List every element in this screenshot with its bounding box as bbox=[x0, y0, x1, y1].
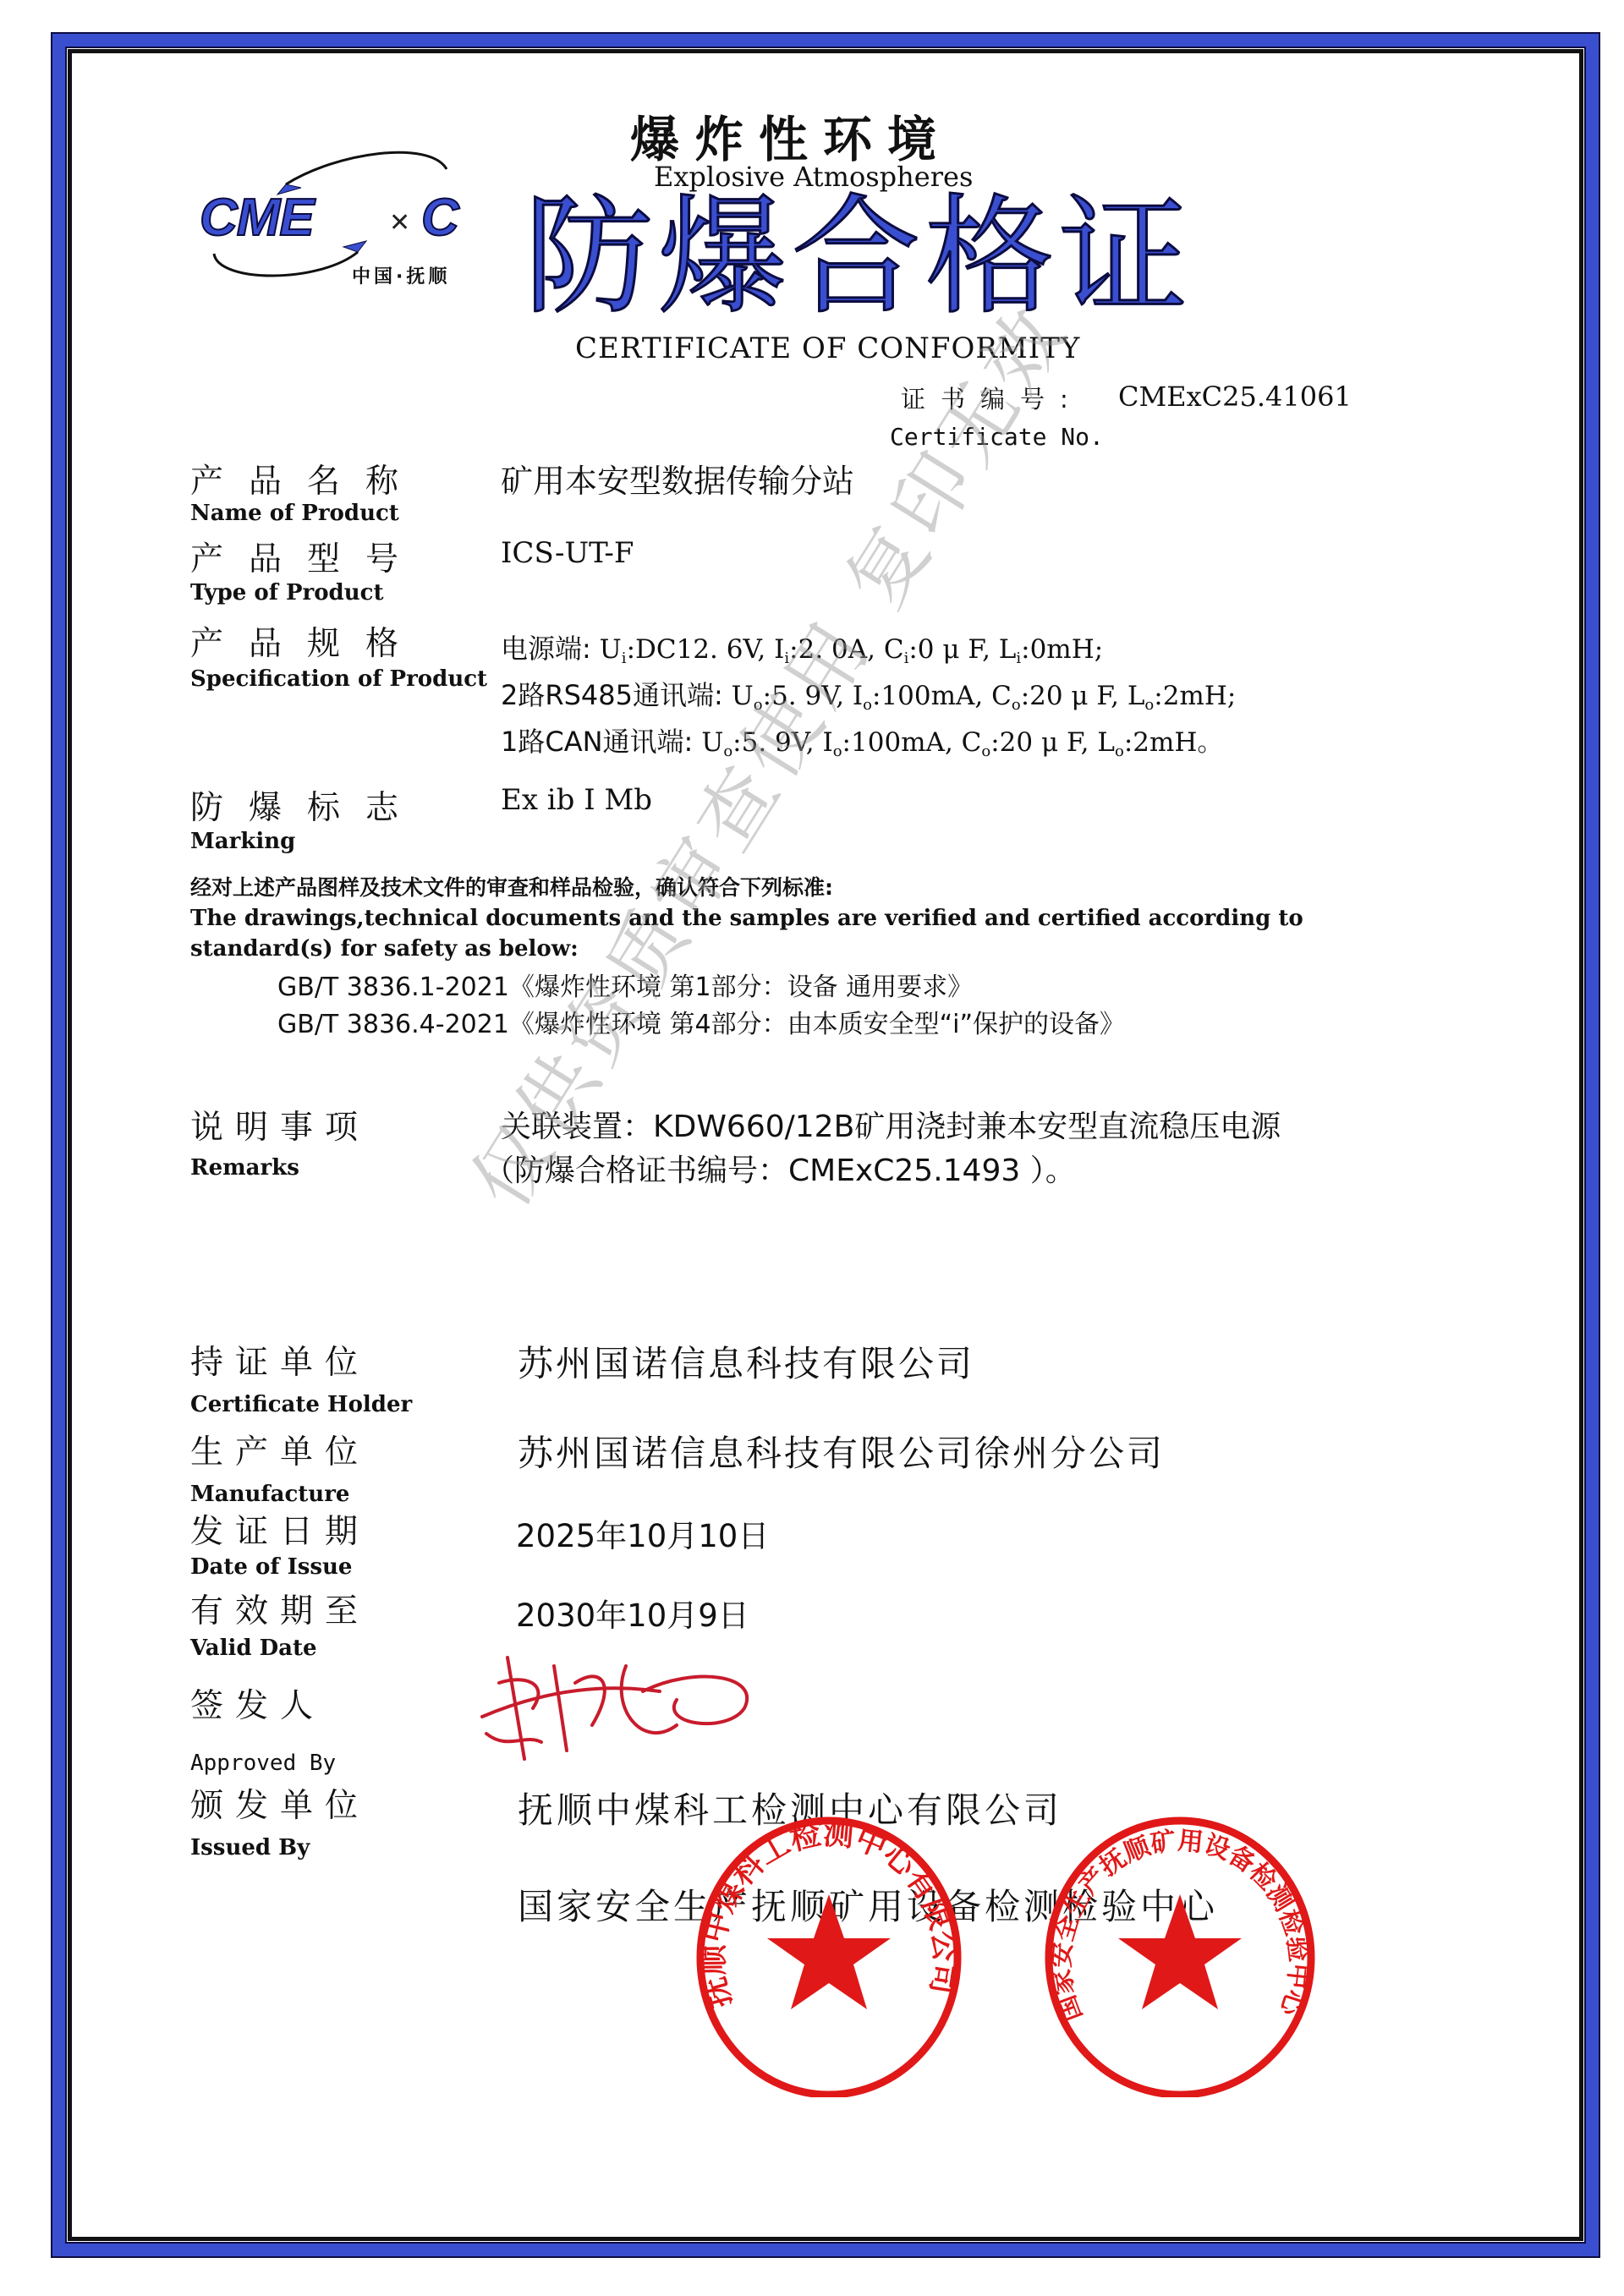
issued-by-label: 颁发单位 bbox=[190, 1779, 370, 1827]
issue-date-value: 2025年10月10日 bbox=[516, 1510, 769, 1556]
remarks-label-en: Remarks bbox=[190, 1155, 299, 1181]
issued-by-label-en: Issued By bbox=[190, 1835, 310, 1860]
approved-by-label-en: Approved By bbox=[190, 1751, 336, 1776]
spec-line-power: 电源端: Ui:DC12. 6V, Ii:2. 0A, Ci:0 μ F, Li… bbox=[501, 627, 1103, 667]
issue-date-label: 发证日期 bbox=[190, 1505, 370, 1553]
product-type-label-en: Type of Product bbox=[190, 580, 383, 606]
page-title-en: CERTIFICATE OF CONFORMITY bbox=[575, 332, 1080, 365]
valid-date-label-en: Valid Date bbox=[190, 1636, 317, 1661]
product-name-label-en: Name of Product bbox=[190, 501, 399, 526]
holder-label: 持证单位 bbox=[190, 1336, 370, 1384]
standard-item: GB/T 3836.1-2021《爆炸性环境 第1部分：设备 通用要求》 bbox=[277, 966, 973, 1003]
holder-label-en: Certificate Holder bbox=[190, 1392, 412, 1417]
manufacturer-label: 生产单位 bbox=[190, 1426, 370, 1473]
specification-label-en: Specification of Product bbox=[190, 666, 487, 692]
remarks-line: （防爆合格证书编号：CMExC25.1493 ）。 bbox=[484, 1147, 1076, 1190]
product-type-value: ICS-UT-F bbox=[501, 536, 634, 570]
page-title: 防爆合格证 bbox=[524, 193, 1193, 321]
star-icon bbox=[1118, 1894, 1242, 2009]
cmexc-logo: CME ✕ C 中国·抚顺 bbox=[193, 144, 480, 288]
remarks-label: 说明事项 bbox=[190, 1101, 370, 1148]
marking-label: 防爆标志 bbox=[190, 781, 424, 829]
manufacturer-label-en: Manufacture bbox=[190, 1482, 349, 1507]
product-type-label: 产品型号 bbox=[190, 533, 424, 580]
product-name-value: 矿用本安型数据传输分站 bbox=[501, 455, 854, 501]
logo-subtitle: 中国·抚顺 bbox=[352, 262, 450, 288]
logo-c: C bbox=[421, 188, 459, 248]
marking-value: Ex ib I Mb bbox=[501, 783, 652, 817]
spec-line-rs485: 2路RS485通讯端: Uo:5. 9V, Io:100mA, Co:20 μ … bbox=[501, 674, 1236, 714]
signature-icon bbox=[474, 1632, 778, 1776]
logo-x-mark: ✕ bbox=[389, 208, 410, 238]
certificate-no-label: 证书编号: bbox=[901, 381, 1084, 415]
certificate-no-value: CMExC25.41061 bbox=[1118, 381, 1352, 413]
spec-line-can: 1路CAN通讯端: Uo:5. 9V, Io:100mA, Co:20 μ F,… bbox=[501, 721, 1223, 760]
specification-label: 产品规格 bbox=[190, 617, 424, 665]
holder-value: 苏州国诺信息科技有限公司 bbox=[518, 1336, 974, 1387]
valid-date-label: 有效期至 bbox=[190, 1585, 370, 1632]
official-stamp-left: 抚顺中煤科工检测中心有限公司 bbox=[689, 1810, 968, 2097]
issue-date-label-en: Date of Issue bbox=[190, 1554, 352, 1580]
marking-label-en: Marking bbox=[190, 829, 295, 854]
statement-en: The drawings,technical documents and the… bbox=[190, 903, 1442, 964]
remarks-line: 关联装置：KDW660/12B矿用浇封兼本安型直流稳压电源 bbox=[501, 1103, 1281, 1146]
valid-date-value: 2030年10月9日 bbox=[516, 1590, 749, 1636]
approved-by-label: 签发人 bbox=[190, 1680, 325, 1727]
certificate-no-label-en: Certificate No. bbox=[890, 423, 1104, 451]
product-name-label: 产品名称 bbox=[190, 455, 424, 502]
manufacturer-value: 苏州国诺信息科技有限公司徐州分公司 bbox=[518, 1426, 1165, 1477]
standard-item: GB/T 3836.4-2021《爆炸性环境 第4部分：由本质安全型“i”保护的… bbox=[277, 1003, 1125, 1040]
statement-cn: 经对上述产品图样及技术文件的审查和样品检验，确认符合下列标准: bbox=[190, 871, 833, 901]
star-icon bbox=[767, 1894, 891, 2009]
official-stamp-right: 国家安全生产抚顺矿用设备检测检验中心 bbox=[1036, 1810, 1324, 2097]
logo-cme: CME bbox=[200, 188, 314, 248]
